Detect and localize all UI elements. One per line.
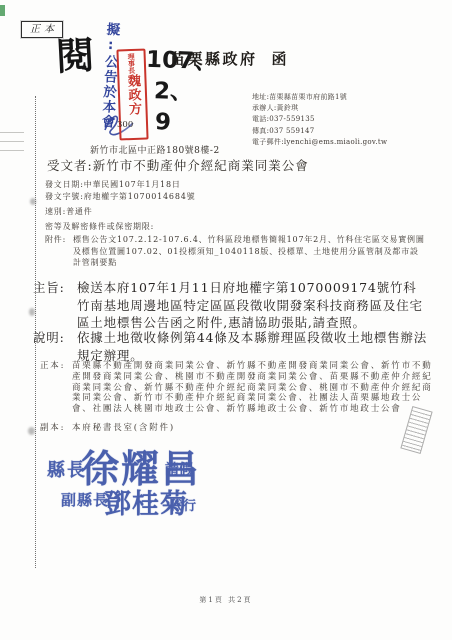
cc-copy-text: 本府秘書長室(含附件) [72,423,440,434]
contact-email: 電子郵件:lyenchi@ems.miaoli.gov.tw [252,137,387,148]
explanation-text: 依據土地徵收條例第44條及本縣辦理區段徵收土地標售辦法規定辦理。 [77,329,427,364]
attachment-text: 標售公告文107.2.12-107.6.4、竹科區段地標售簡報107年2月、竹科… [73,234,427,269]
letter-header: 苗栗縣政府函 [170,48,289,69]
subject-label: 主旨: [33,279,77,332]
speed-class: 速別:普通件 [45,206,93,217]
cc-copy-row: 副本: 本府秘書長室(含附件) [40,423,440,434]
recipient-line: 受文者:新竹市不動產仲介經紀商業同業公會 [47,156,309,174]
doc-number: 發文字號:府地權字第1070014684號 [45,191,195,202]
contact-block: 地址:苗栗縣苗栗市府前路1號 承辦人:黃鈴琪 電話:037-559135 傳真:… [252,92,387,148]
handwritten-date-line: 9 [154,107,215,140]
scan-artifact-line [0,150,24,151]
magistrate-status: 請假 [165,459,193,479]
scan-smudge [30,198,36,205]
doc-type: 函 [272,50,290,68]
contact-fax: 傳真:037 559147 [252,126,387,137]
handwritten-date-line: 2、 [153,76,216,109]
deputy-status: 代行 [170,495,196,514]
original-copy-label: 正本: [40,361,72,415]
contact-person: 承辦人:黃鈴琪 [252,103,387,114]
secrecy-class: 密等及解密條件或保密期限: [45,221,154,232]
scan-artifact-line [0,141,24,142]
issue-date: 發文日期:中華民國107年1月18日 [45,179,181,190]
read-mark-handwriting: 閱 [55,24,96,81]
cc-copy-label: 副本: [40,423,72,434]
scan-smudge [28,427,35,435]
recipient-zip: 300 [117,120,133,130]
attachment-label: 附件: [45,234,73,269]
contact-address: 地址:苗栗縣苗栗市府前路1號 [252,92,387,103]
contact-phone: 電話:037-559135 [252,114,387,125]
explanation-row: 說明: 依據土地徵收條例第44條及本縣辦理區段徵收土地標售辦法規定辦理。 [33,329,427,364]
org-name: 苗栗縣政府 [170,50,258,68]
original-copy-text: 苗栗縣不動產開發商業同業公會、新竹縣不動產開發商業同業公會、新竹市不動產開發商業… [72,361,440,415]
chairman-stamp-title: 理事長 [127,53,136,74]
original-copy-row: 正本: 苗栗縣不動產開發商業同業公會、新竹縣不動產開發商業同業公會、新竹市不動產… [40,361,440,415]
chairman-stamp-name: 魏政方 [125,74,140,116]
attachment-row: 附件: 標售公告文107.2.12-107.6.4、竹科區段地標售簡報107年2… [45,234,427,269]
explanation-label: 說明: [33,329,77,364]
scan-artifact-line [0,132,24,133]
subject-text: 檢送本府107年1月11日府地權字第1070009174號竹科竹南基地周邊地區特… [77,279,427,332]
scan-edge-mark [0,5,5,16]
scanned-official-letter: 正本 閱 擬:公告於本會 理事長 魏政方 107、 2、 9 苗栗縣政府函 地址… [0,0,452,640]
deputy-title: 副縣長 [61,489,109,510]
recipient-address: 新竹市北區中正路180號8樓-2 [90,143,220,156]
subject-row: 主旨: 檢送本府107年1月11日府地權字第1070009174號竹科竹南基地周… [33,279,427,332]
page-number-footer: 第1頁 共2頁 [0,595,452,605]
